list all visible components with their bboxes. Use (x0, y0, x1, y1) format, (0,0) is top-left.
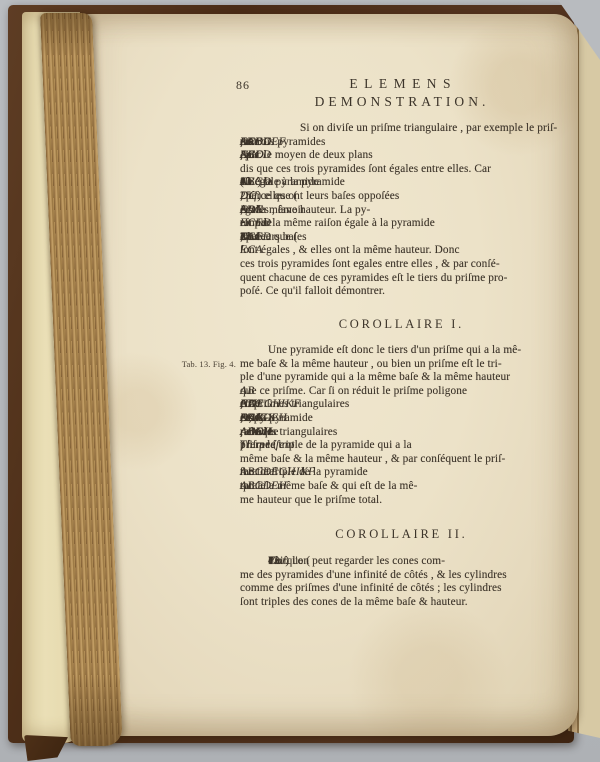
running-title: ELEMENS (240, 76, 560, 92)
text-line: ( Th. 43. ) la pyramide ABCD eſt égale à… (240, 176, 560, 190)
text-line: me ACBDEF en trois pyramides EFDC , EACD… (240, 136, 560, 150)
text-line: totale ABCDEH qui a la même baſe & qui e… (240, 480, 560, 494)
text-line: Puiſque ( Cor. 1. Th 43. ) l'on peut reg… (240, 555, 560, 569)
text-line: ces trois pyramides ſont egales entre el… (240, 258, 560, 272)
text-line: comme des priſmes d'une infinité de côté… (240, 582, 560, 596)
paragraph-corollaire-2: Puiſque ( Cor. 1. Th 43. ) l'on peut reg… (240, 555, 560, 609)
text-line: ECA ſont égales , & elles ont la même ha… (240, 244, 560, 258)
text-line: me total ABCDEGHIKF ſera le triple de la… (240, 466, 560, 480)
paragraph-corollaire-1: Une pyramide eſt donc le tiers d'un priſ… (240, 344, 560, 507)
text-line: poſé. Ce qu'il falloit démontrer. (240, 285, 560, 299)
heading-corollaire-1: COROLLAIRE I. (240, 317, 560, 332)
paragraph-demonstration: Si on diviſe un priſme triangulaire , pa… (240, 122, 560, 299)
section-heading-demonstration: DEMONSTRATION. (240, 94, 560, 110)
text-line: que ce priſme. Car ſi on réduit le priſm… (240, 385, 560, 399)
text-line: ple d'une pyramide qui a la même baſe & … (240, 371, 560, 385)
margin-note-tab-fig: Tab. 13. Fig. 4. (162, 359, 236, 369)
text-line: ſont triples des cones de la même baſe &… (240, 596, 560, 610)
text-line: CDEGHIKF en priſmes triangulaires ABC , … (240, 398, 560, 412)
page-header: 86 ELEMENS (240, 76, 560, 92)
book-scan: 86 ELEMENS DEMONSTRATION. Si on diviſe u… (0, 0, 600, 762)
text-line: me baſe & la même hauteur , ou bien un p… (240, 358, 560, 372)
text-line: priſme ( Th. préſent ) ſera le triple de… (240, 439, 560, 453)
text-line: Une pyramide eſt donc le tiers d'un priſ… (240, 344, 560, 358)
text-line: DC , parce que ( Déf. 25. ) elles ont le… (240, 190, 560, 204)
text-line: égales , ſavoir EDF & ABC , & la même ha… (240, 204, 560, 218)
text-line: me hauteur que le priſme total. (240, 494, 560, 508)
worn-cover-corner (24, 735, 68, 761)
book-page: 86 ELEMENS DEMONSTRATION. Si on diviſe u… (78, 14, 578, 736)
text-line: dis que ces trois pyramides ſont égales … (240, 163, 560, 177)
heading-corollaire-2: COROLLAIRE II. (240, 527, 560, 542)
text-line: EACD , parce que ( Cor. 3. Th. 25. leurs… (240, 231, 560, 245)
text-line: ABCD , par le moyen de deux plans ECD & … (240, 149, 560, 163)
text-line: me des pyramides d'une infinité de côtés… (240, 569, 560, 583)
text-line: quent chacune de ces pyramides eſt le ti… (240, 272, 560, 286)
text-line: même baſe & la même hauteur , & par conſ… (240, 453, 560, 467)
text-line: ramides triangulaires ABCH , ACDH , ADEH… (240, 426, 560, 440)
text-line: D, IGK ; DAE & FGK ; & la pyramide ABCDE… (240, 412, 560, 426)
text-line: ramide ECFD eſt par la même raiſon égale… (240, 217, 560, 231)
text-line: Si on diviſe un priſme triangulaire , pa… (240, 122, 560, 136)
